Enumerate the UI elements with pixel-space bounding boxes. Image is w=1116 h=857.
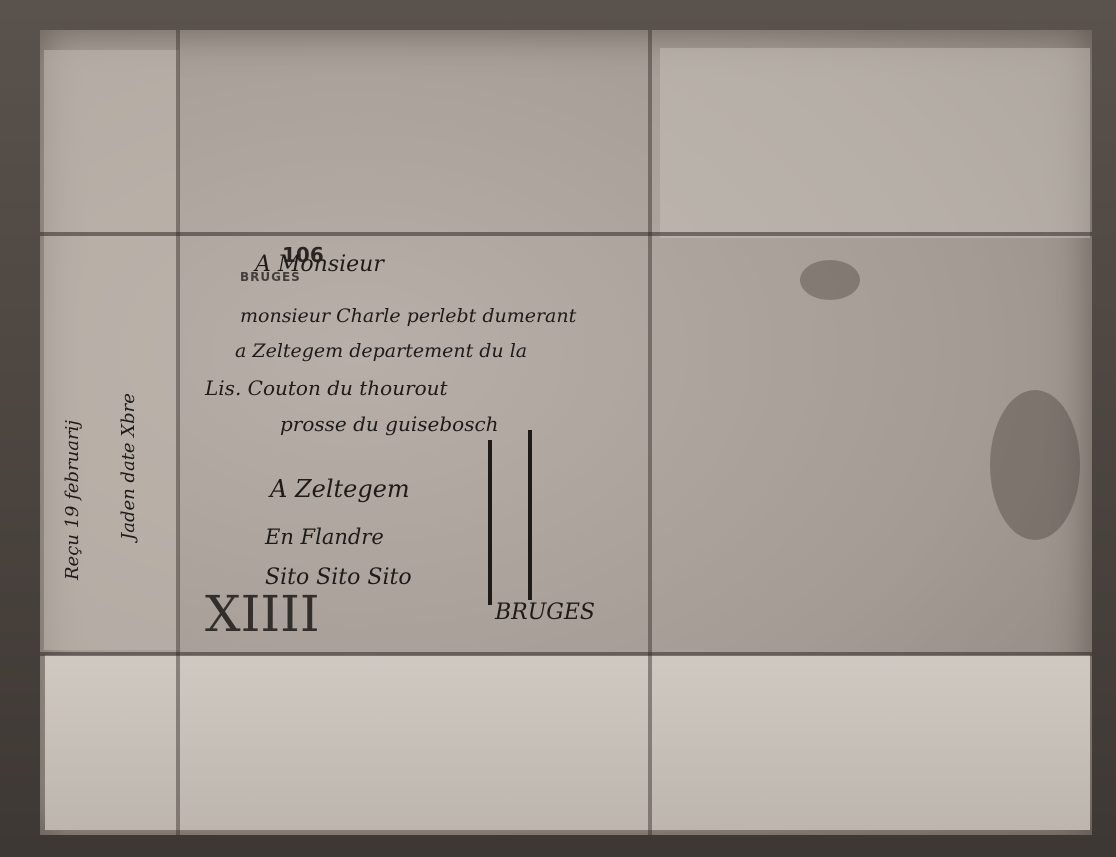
side-note: Reçu 19 februarij: [62, 420, 83, 580]
address-line: En Flandre: [265, 525, 384, 549]
fold-line: [648, 30, 652, 835]
ink-stroke: [528, 430, 532, 600]
stain: [990, 390, 1080, 540]
side-note: Jaden date Xbre: [118, 393, 139, 540]
address-line: a Zeltegem departement du la: [235, 340, 527, 362]
bruges-handwritten: BRUGES: [495, 600, 595, 625]
ink-stroke: [488, 440, 492, 605]
fold-line: [176, 30, 180, 835]
address-line: A Zeltegem: [270, 475, 410, 503]
stain: [800, 260, 860, 300]
fold-line: [40, 652, 1092, 656]
paper-panel-top-right: [660, 48, 1090, 238]
rate-mark: XIIII: [205, 585, 320, 643]
address-line: Lis. Couton du thourout: [205, 376, 448, 400]
address-line: monsieur Charle perlebt dumerant: [240, 305, 576, 327]
address-line: A Monsieur: [255, 252, 384, 277]
address-line: prosse du guisebosch: [280, 412, 499, 436]
bottom-flap: [45, 655, 1090, 830]
fold-line: [40, 232, 1092, 236]
